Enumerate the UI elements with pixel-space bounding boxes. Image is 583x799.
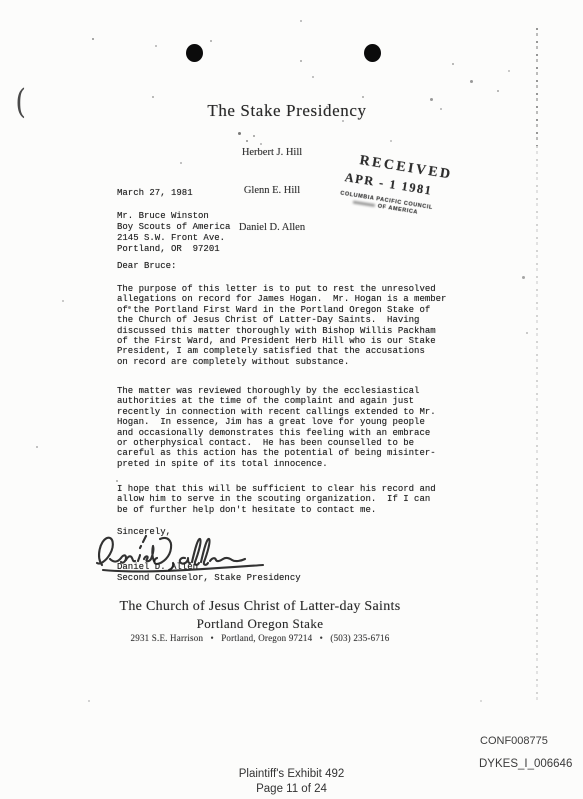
salutation: Dear Bruce: [117,261,176,271]
stamp-smudge [353,201,375,207]
letterhead-name-1: Herbert J. Hill [0,147,544,160]
letterhead-name-3: Daniel D. Allen [0,222,544,235]
footer-address-line: 2931 S.E. Harrison • Portland, Oregon 97… [0,633,520,643]
typed-signer-title: Second Counselor, Stake Presidency [117,573,301,583]
letter-date: March 27, 1981 [117,188,193,198]
hole-punch-dot-left [186,44,203,62]
body-paragraph-3: I hope that this will be sufficient to c… [117,484,436,515]
body-paragraph-1: The purpose of this letter is to put to … [117,284,446,367]
typed-signer-name: Daniel D. Allen [117,562,198,572]
body-paragraph-2: The matter was reviewed thoroughly by th… [117,386,436,469]
footer-church-name: The Church of Jesus Christ of Latter-day… [0,599,520,615]
bates-number-conf: CONF008775 [480,735,548,747]
scanned-letter-page: ( The Stake Presidency Herbert J. Hill G… [0,0,583,799]
footer-stake-name: Portland Oregon Stake [0,616,520,632]
letterhead-title: The Stake Presidency [0,101,574,121]
page-number-label: Page 11 of 24 [0,783,583,795]
recipient-address-block: Mr. Bruce Winston Boy Scouts of America … [117,211,230,255]
exhibit-label: Plaintiff's Exhibit 492 [0,768,583,780]
hole-punch-dot-right [364,44,381,62]
